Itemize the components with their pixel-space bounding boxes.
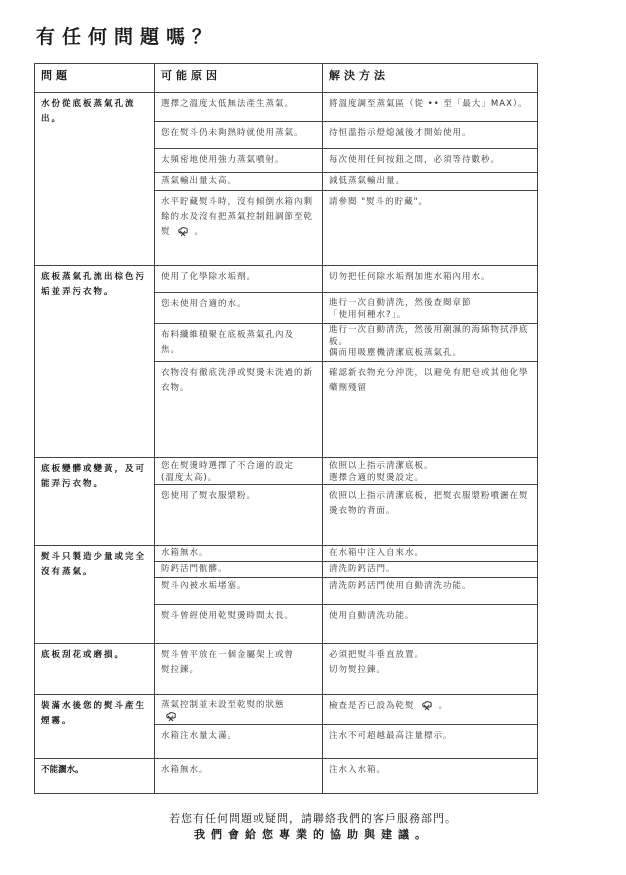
solution-line-2: 選擇合適的熨燙設定。 [329, 472, 531, 484]
footer-contact-text: 若您有任何問題或疑問，請聯絡我們的客戶服務部門。 [0, 810, 626, 826]
table-row: 不能灑水。 水箱無水。 注水入水箱。 [35, 759, 538, 794]
solution-cell: 切勿把任何除水垢劑加進水箱內用水。 [323, 266, 538, 293]
table-row: 裝滿水後您的熨斗產生煙霧。 蒸氣控制並未設至乾熨的狀態 檢查是否已設為乾熨。 [35, 695, 538, 725]
cause-cell: 您使用了熨衣服漿粉。 [155, 485, 323, 546]
solution-line-1: 依照以上指示清潔底板。 [329, 460, 531, 472]
solution-cell: 使用自動清洗功能。 [323, 605, 538, 644]
cause-cell: 熨斗曾經使用乾熨燙時間太長。 [155, 605, 323, 644]
solution-cell: 注水不可超越最高注量標示。 [323, 725, 538, 759]
no-steam-icon [165, 712, 177, 722]
problem-cell: 底板刮花或磨損。 [35, 644, 155, 695]
page-title: 有任何問題嗎？ [36, 22, 218, 49]
problem-cell: 裝滿水後您的熨斗產生煙霧。 [35, 695, 155, 759]
solution-line-2: 切勿熨拉鍊。 [329, 663, 531, 678]
table-row: 熨斗只製造少量或完全沒有蒸氣。 水箱無水。 在水箱中注入自來水。 [35, 546, 538, 562]
no-steam-icon [177, 227, 189, 237]
header-solution: 解決方法 [323, 64, 538, 93]
problem-cell: 不能灑水。 [35, 759, 155, 794]
cause-cell: 選擇之溫度太低無法產生蒸氣。 [155, 93, 323, 122]
cause-cell: 您未使用合適的水。 [155, 293, 323, 324]
solution-cell: 注水入水箱。 [323, 759, 538, 794]
cause-cell: 水箱無水。 [155, 546, 323, 562]
no-steam-icon [421, 701, 433, 711]
solution-suffix: 。 [439, 701, 449, 711]
cause-line-1: 您在熨燙時選擇了不合適的設定 [161, 460, 316, 472]
problem-cell: 水份從底板蒸氣孔流出。 [35, 93, 155, 266]
problem-cell: 底板變髒或變黃，及可能弄污衣物。 [35, 458, 155, 546]
solution-cell: 必須把熨斗垂直放置。 切勿熨拉鍊。 [323, 644, 538, 695]
cause-suffix: 。 [195, 227, 205, 237]
cause-cell: 防鈣活門骯髒。 [155, 562, 323, 578]
cause-cell: 水箱注水量太滿。 [155, 725, 323, 759]
troubleshooting-table: 問題 可能原因 解決方法 水份從底板蒸氣孔流出。 選擇之溫度太低無法產生蒸氣。 … [34, 63, 538, 794]
cause-cell: 熨斗內被水垢堵塞。 [155, 578, 323, 605]
cause-text: 蒸氣控制並未設至乾熨的狀態 [161, 699, 316, 711]
solution-cell: 依照以上指示清潔底板，把熨衣服漿粉噴灑在熨燙衣物的背面。 [323, 485, 538, 546]
solution-cell: 檢查是否已設為乾熨。 [323, 695, 538, 725]
solution-cell: 進行一次自動清洗，然後查閱章節 「使用何種水?」。 [323, 293, 538, 324]
cause-cell: 使用了化學除水垢劑。 [155, 266, 323, 293]
solution-cell: 確認新衣物充分沖洗，以避免有肥皂或其他化學藥劑殘留 [323, 362, 538, 458]
problem-cell: 熨斗只製造少量或完全沒有蒸氣。 [35, 546, 155, 644]
solution-cell: 減低蒸氣輸出量。 [323, 173, 538, 191]
cause-cell: 您在熨斗仍未夠熱時就使用蒸氣。 [155, 122, 323, 149]
cause-line-1: 布料纖維積聚在底板蒸氣孔內及 [161, 328, 316, 343]
solution-line-1: 進行一次自動清洗，然後用潮濕的海綿物拭淨底板。 [329, 325, 531, 348]
solution-line-1: 進行一次自動清洗，然後查閱章節 [329, 297, 531, 309]
cause-line-2: (溫度太高)。 [161, 472, 316, 484]
table-row: 底板刮花或磨損。 熨斗曾平放在一個金屬架上或曾 熨拉鍊。 必須把熨斗垂直放置。 … [35, 644, 538, 695]
solution-cell: 清洗防鈣活門。 [323, 562, 538, 578]
solution-cell: 在水箱中注入自來水。 [323, 546, 538, 562]
cause-line-1: 熨斗曾平放在一個金屬架上或曾 [161, 648, 316, 663]
table-row: 底板變髒或變黃，及可能弄污衣物。 您在熨燙時選擇了不合適的設定 (溫度太高)。 … [35, 458, 538, 485]
cause-cell: 太頻密地使用強力蒸氣噴射。 [155, 149, 323, 173]
table-header-row: 問題 可能原因 解決方法 [35, 64, 538, 93]
footer-support-text: 我們會給您專業的協助與建議。 [0, 826, 626, 842]
cause-cell: 蒸氣控制並未設至乾熨的狀態 [155, 695, 323, 725]
solution-cell: 依照以上指示清潔底板。 選擇合適的熨燙設定。 [323, 458, 538, 485]
cause-cell: 您在熨燙時選擇了不合適的設定 (溫度太高)。 [155, 458, 323, 485]
cause-cell: 蒸氣輸出量太高。 [155, 173, 323, 191]
solution-line-2: 「使用何種水?」。 [329, 309, 531, 321]
cause-cell: 水箱無水。 [155, 759, 323, 794]
cause-cell: 布料纖維積聚在底板蒸氣孔內及 焦。 [155, 324, 323, 362]
table-row: 底板蒸氣孔流出棕色污垢並弄污衣物。 使用了化學除水垢劑。 切勿把任何除水垢劑加進… [35, 266, 538, 293]
solution-cell: 待恒溫指示燈熄滅後才開始使用。 [323, 122, 538, 149]
cause-line-2: 焦。 [161, 343, 316, 358]
table-row: 水份從底板蒸氣孔流出。 選擇之溫度太低無法產生蒸氣。 將溫度調至蒸氣區（從 ••… [35, 93, 538, 122]
solution-cell: 每次使用任何按鈕之間，必須等待數秒。 [323, 149, 538, 173]
cause-cell: 水平貯藏熨斗時，沒有傾倒水箱內剩餘的水及沒有把蒸氣控制鈕調節至乾熨。 [155, 191, 323, 266]
cause-cell: 熨斗曾平放在一個金屬架上或曾 熨拉鍊。 [155, 644, 323, 695]
cause-cell: 衣物沒有徹底洗淨或熨燙未洗過的新衣物。 [155, 362, 323, 458]
header-problem: 問題 [35, 64, 155, 93]
solution-cell: 請參閱 "熨斗的貯藏"。 [323, 191, 538, 266]
header-cause: 可能原因 [155, 64, 323, 93]
problem-cell: 底板蒸氣孔流出棕色污垢並弄污衣物。 [35, 266, 155, 458]
solution-cell: 將溫度調至蒸氣區（從 •• 至「最大」MAX）。 [323, 93, 538, 122]
solution-cell: 進行一次自動清洗，然後用潮濕的海綿物拭淨底板。 偶而用吸塵機清潔底板蒸氣孔。 [323, 324, 538, 362]
cause-line-2: 熨拉鍊。 [161, 663, 316, 678]
solution-line-1: 必須把熨斗垂直放置。 [329, 648, 531, 663]
solution-text: 檢查是否已設為乾熨 [329, 701, 415, 711]
solution-line-2: 偶而用吸塵機清潔底板蒸氣孔。 [329, 348, 531, 360]
solution-cell: 清洗防鈣活門使用自動清洗功能。 [323, 578, 538, 605]
